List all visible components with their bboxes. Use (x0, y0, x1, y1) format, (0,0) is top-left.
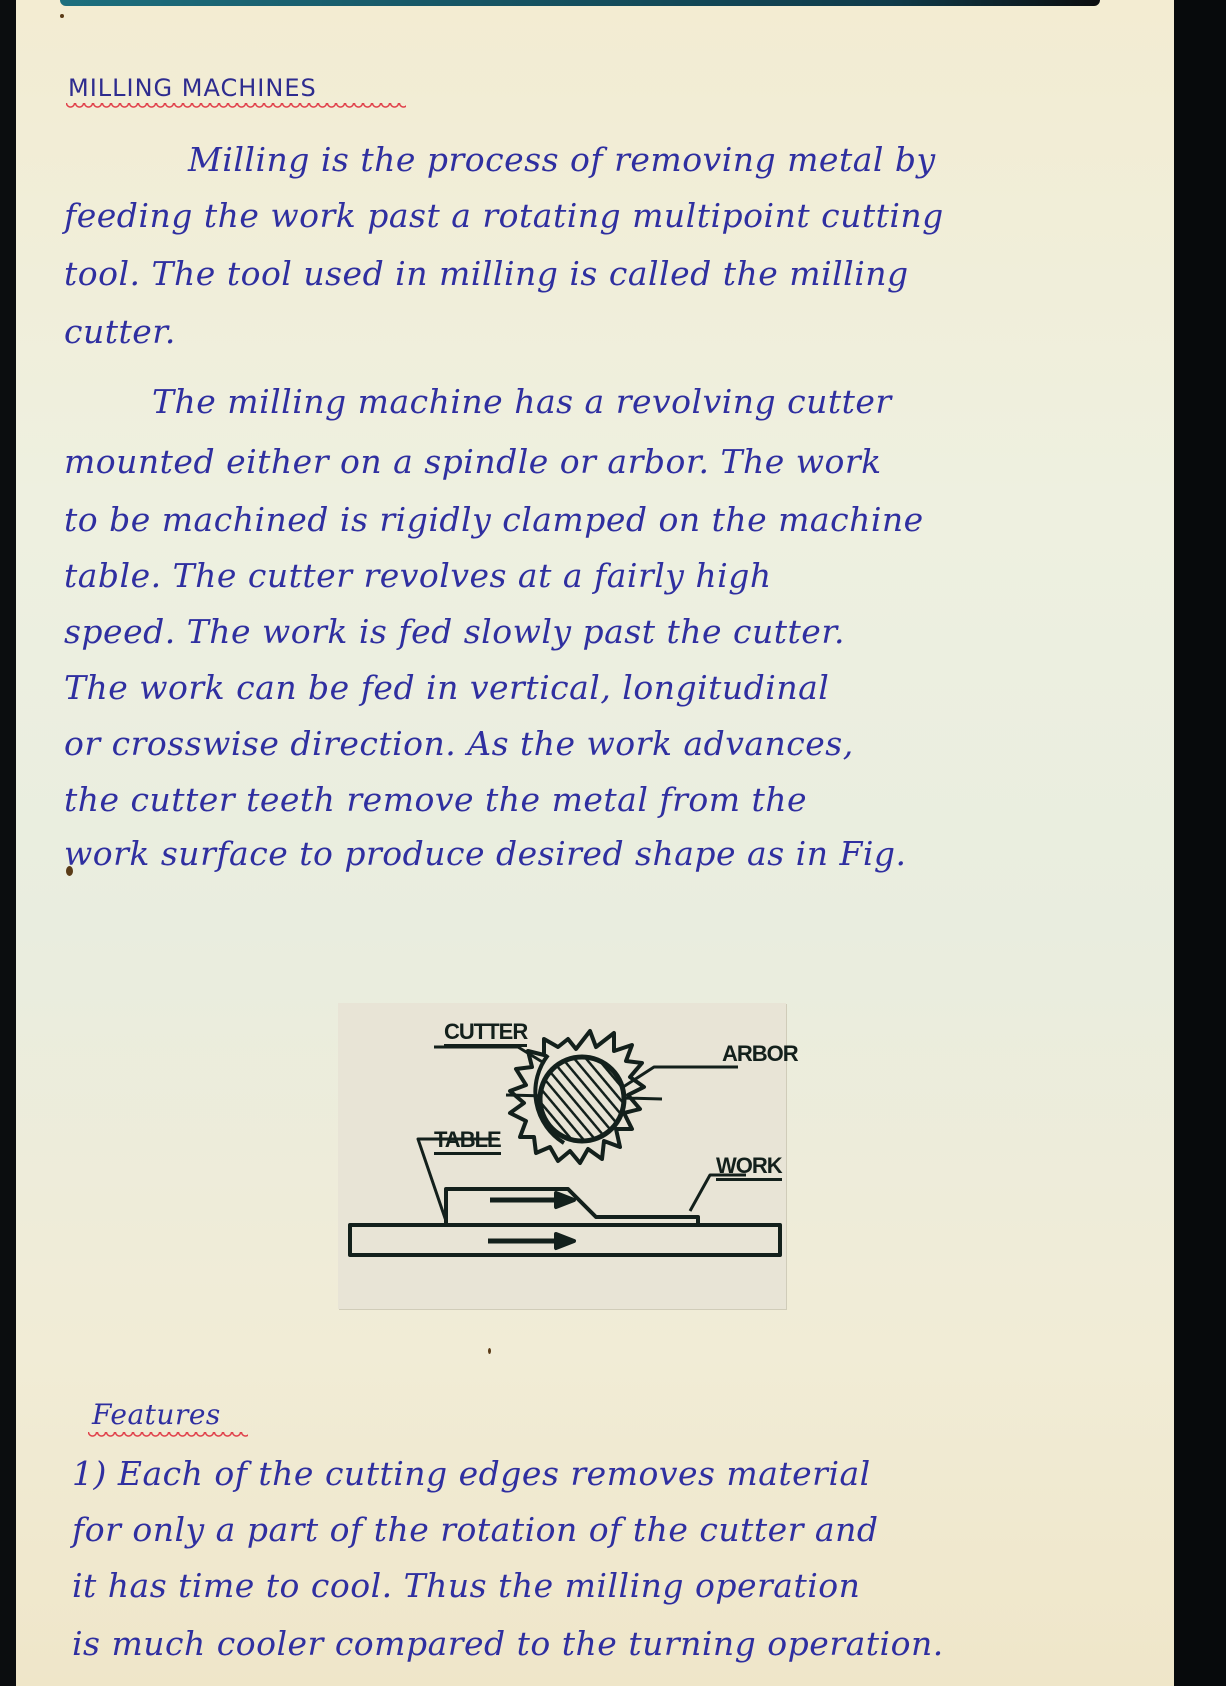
notebook-page: MILLING MACHINES Milling is the process … (0, 0, 1174, 1686)
paragraph-2-line-4: table. The cutter revolves at a fairly h… (64, 556, 772, 595)
features-heading: Features (92, 1398, 221, 1431)
title-underline (66, 103, 406, 111)
feature-1-line-3: it has time to cool. Thus the milling op… (72, 1566, 860, 1605)
feature-1-line-4: is much cooler compared to the turning o… (72, 1624, 944, 1663)
ink-spot (488, 1348, 491, 1354)
paragraph-1-line-1: Milling is the process of removing metal… (188, 140, 936, 179)
label-cutter: CUTTER (444, 1021, 527, 1047)
ink-spot (60, 14, 64, 18)
label-table: TABLE (434, 1129, 501, 1155)
paragraph-2-line-2: mounted either on a spindle or arbor. Th… (64, 442, 882, 481)
label-arbor: ARBOR (722, 1043, 798, 1066)
paragraph-2-line-1: The milling machine has a revolving cutt… (152, 382, 892, 421)
label-work: WORK (716, 1155, 782, 1181)
page-title: MILLING MACHINES (68, 74, 317, 102)
ink-spot (66, 866, 73, 876)
feature-1-line-2: for only a part of the rotation of the c… (72, 1510, 878, 1549)
paragraph-2-line-9: work surface to produce desired shape as… (64, 834, 907, 873)
feature-1-line-1: 1) Each of the cutting edges removes mat… (72, 1454, 871, 1493)
paragraph-2-line-6: The work can be fed in vertical, longitu… (64, 668, 829, 707)
milling-diagram: TABLE WORK CUTTER ARBOR (338, 1003, 786, 1309)
paragraph-2-line-5: speed. The work is fed slowly past the c… (64, 612, 845, 651)
paragraph-1-line-3: tool. The tool used in milling is called… (64, 254, 909, 293)
paragraph-2-line-7: or crosswise direction. As the work adva… (64, 724, 854, 763)
paragraph-2-line-3: to be machined is rigidly clamped on the… (64, 500, 924, 539)
features-underline (88, 1432, 248, 1440)
paragraph-1-line-4: cutter. (64, 312, 176, 351)
paragraph-2-line-8: the cutter teeth remove the metal from t… (64, 780, 807, 819)
paragraph-1-line-2: feeding the work past a rotating multipo… (64, 196, 944, 235)
